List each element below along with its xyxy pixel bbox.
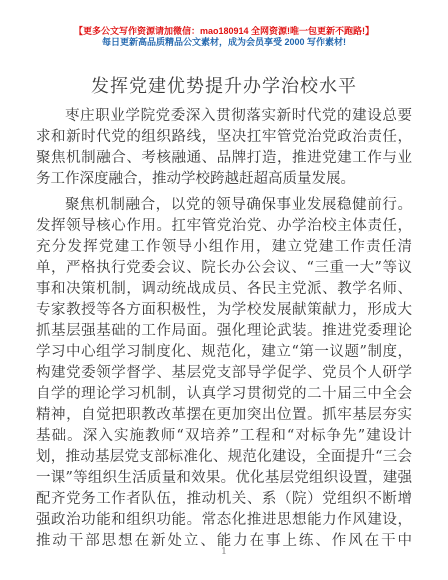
page-number: 1: [0, 546, 448, 557]
paragraph-main-continued: 聚焦机制融合，以党的领导确保事业发展稳健前行。发挥领导核心作用。扛牢管党治党、办…: [36, 195, 412, 552]
promo-header: 【更多公文写作资源请加微信：mao180914 全网资源!唯一包更新不跑路!】 …: [0, 0, 448, 48]
promo-header-line-blue: 每日更新高品质精品公文素材，成为会员享受 2000 写作素材!: [0, 37, 448, 48]
promo-header-line-red: 【更多公文写作资源请加微信：mao180914 全网资源!唯一包更新不跑路!】: [0, 26, 448, 37]
document-title: 发挥党建优势提升办学治校水平: [0, 76, 448, 98]
document-page: 【更多公文写作资源请加微信：mao180914 全网资源!唯一包更新不跑路!】 …: [0, 0, 448, 580]
paragraph-intro: 枣庄职业学院党委深入贯彻落实新时代党的建设总要求和新时代党的组织路线，坚决扛牢管…: [36, 106, 412, 190]
document-body: 枣庄职业学院党委深入贯彻落实新时代党的建设总要求和新时代党的组织路线，坚决扛牢管…: [36, 106, 412, 552]
